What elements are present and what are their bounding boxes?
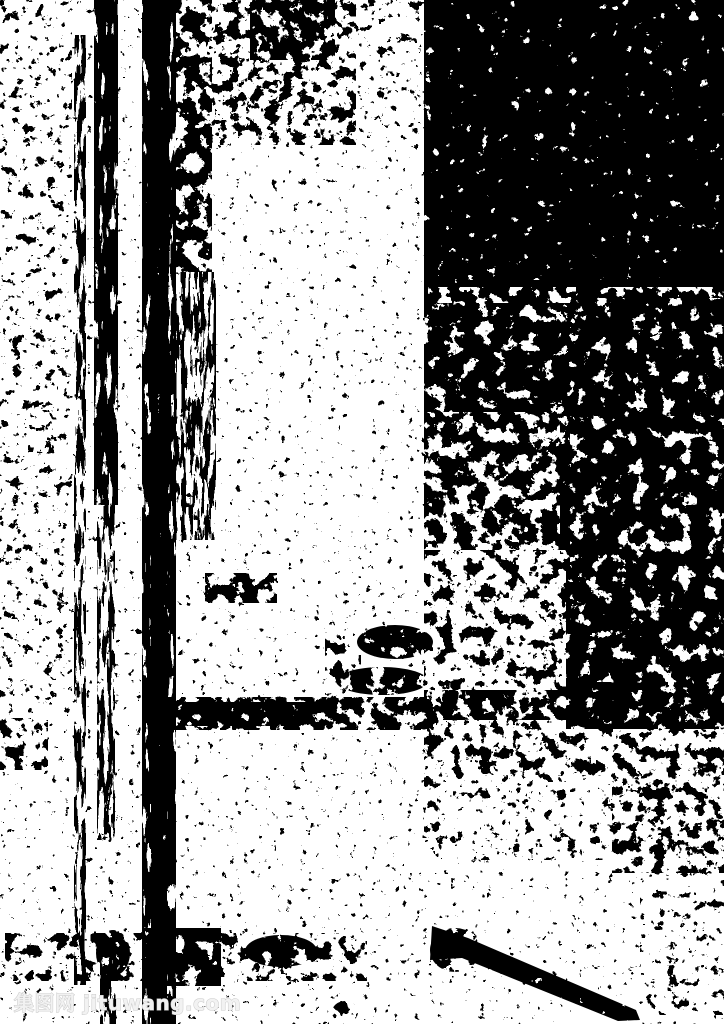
- panel-white-scratch: [428, 287, 724, 303]
- panel-corner-cluster: [612, 778, 724, 873]
- watermark-text: 集图网 jituwang.com: [14, 991, 241, 1015]
- ink-layer: [0, 0, 724, 1024]
- grain-left-cluster: [0, 718, 48, 770]
- band-blob-right: [245, 935, 317, 967]
- topleft-clump: [250, 0, 335, 60]
- smudge-small: [205, 573, 277, 603]
- streak-second-lower: [97, 505, 115, 840]
- panel-darkener-right: [540, 256, 724, 416]
- panel-solid-top: [424, 0, 724, 298]
- band-blob-center: [143, 928, 221, 986]
- diagonal-stroke-head: [430, 928, 480, 972]
- panel-mid-right: [560, 404, 724, 554]
- band-blob-left: [96, 930, 130, 976]
- smudge-hband-core: [150, 702, 315, 726]
- smudge-blob-upper: [357, 625, 433, 659]
- smudge-mottle: [325, 636, 361, 702]
- panel-fade-streak: [424, 690, 609, 720]
- panel-right-edge-speckle: [640, 865, 724, 1015]
- panel-low-left: [424, 550, 570, 695]
- streak-thin: [74, 35, 86, 985]
- grain-left-margin: [0, 0, 72, 700]
- grunge-texture-image: 集图网 jituwang.com: [0, 0, 724, 1024]
- streak-second-top: [94, 0, 118, 505]
- panel-mid-left: [424, 404, 570, 550]
- band-edge-clump: [332, 1001, 358, 1023]
- streak-right-mottle-mid: [176, 272, 216, 540]
- streak-main-core: [151, 0, 167, 1024]
